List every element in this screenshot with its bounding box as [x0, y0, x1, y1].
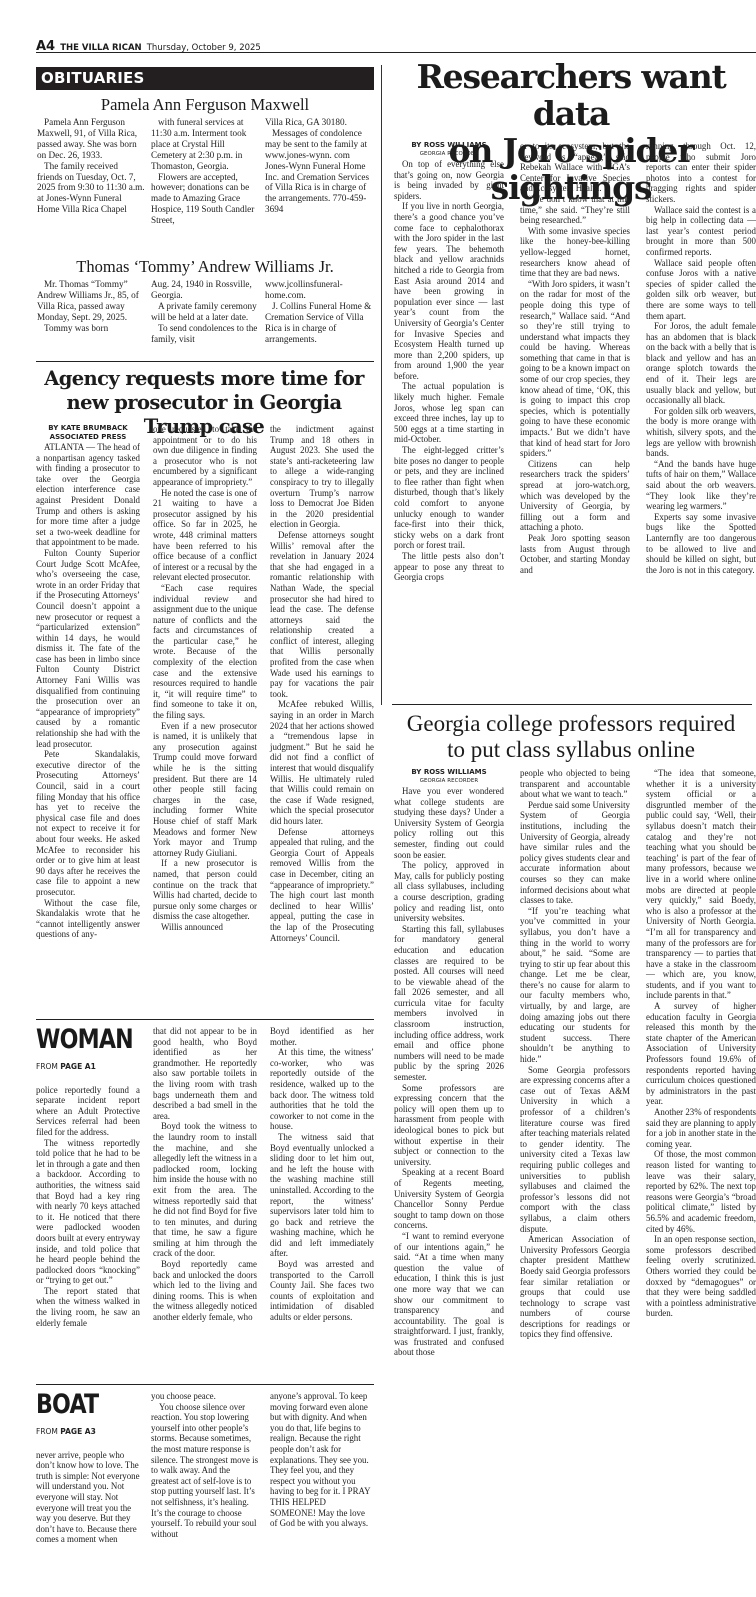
column-divider: [381, 65, 382, 705]
paragraph: Experts say some invasive bugs like the …: [646, 512, 756, 576]
obituary-body: Pamela Ann Ferguson Maxwell, 91, of Vill…: [37, 117, 373, 226]
paragraph: Some professors are expressing concern t…: [394, 1083, 504, 1168]
paragraph: Speaking at a recent Board of Regents me…: [394, 1167, 504, 1231]
paragraph: Boyd took the witness to the laundry roo…: [153, 1121, 257, 1259]
paragraph: A private family ceremony will be held a…: [151, 301, 259, 323]
paragraph: Starting this fall, syllabuses for manda…: [394, 924, 504, 1083]
paragraph: Wallace said the contest is a big help i…: [646, 205, 756, 258]
article-column: one requested to take the appointment or…: [153, 424, 257, 943]
paragraph: “If you’re teaching what you’ve committe…: [520, 906, 630, 1065]
paragraph: The report stated that when the witness …: [36, 1286, 140, 1328]
paragraph: the indictment against Trump and 18 othe…: [270, 424, 374, 530]
paragraph: “We don’t know that at this time,” she s…: [520, 194, 630, 226]
paragraph: www.jcollinsfuneral-home.com.: [265, 279, 373, 301]
paragraph: McAfee rebuked Willis, saying in an orde…: [270, 699, 374, 826]
paragraph: Tommy was born: [37, 323, 145, 334]
jump-story-title: BOAT: [36, 1391, 121, 1419]
article-column: anyone’s approval. To keep moving forwar…: [270, 1391, 374, 1545]
paragraph: Pete Skandalakis, executive director of …: [36, 749, 140, 897]
byline-org: ASSOCIATED PRESS: [36, 433, 140, 442]
byline: BY ROSS WILLIAMS GEORGIA RECORDER: [394, 141, 504, 158]
article-column: BOAT FROM PAGE A3 never arrive, people w…: [36, 1391, 140, 1545]
byline-author: BY ROSS WILLIAMS: [394, 768, 504, 777]
paragraph: Perdue said some University System of Ge…: [520, 800, 630, 906]
paragraph: people who objected to being transparent…: [520, 768, 630, 800]
paragraph: Willis announced: [153, 922, 257, 933]
paragraph: running through Oct. 12, people who subm…: [646, 141, 756, 205]
jump-from-line: FROM PAGE A1: [36, 1062, 140, 1073]
paragraph: A survey of higher education faculty in …: [646, 1001, 756, 1107]
article-headline: Georgia college professors required to p…: [386, 711, 756, 763]
article-column: the indictment against Trump and 18 othe…: [270, 424, 374, 943]
paragraph: Peak Joro spotting season lasts from Aug…: [520, 533, 630, 575]
byline-org: GEORGIA RECORDER: [394, 150, 504, 159]
paragraph: never arrive, people who don’t know how …: [36, 1450, 140, 1545]
from-page-link[interactable]: PAGE A3: [60, 1427, 96, 1436]
obituary-column: Aug. 24, 1940 in Rossville, Georgia. A p…: [151, 279, 259, 344]
paragraph: The policy, approved in May, calls for p…: [394, 860, 504, 924]
obituary-body: Mr. Thomas “Tommy” Andrew Williams Jr., …: [37, 279, 373, 344]
article-column: that did not appear to be in good health…: [153, 1026, 257, 1328]
article-column: or to its ecosystem, but the keyword is …: [520, 141, 630, 583]
article-column: BY KATE BRUMBACK ASSOCIATED PRESS ATLANT…: [36, 424, 140, 943]
article-column: you choose peace. You choose silence ove…: [151, 1391, 259, 1545]
jump-story-title: WOMAN: [36, 1026, 121, 1054]
paragraph: The witness reportedly told police that …: [36, 1138, 140, 1286]
paragraph: Villa Rica, GA 30180.: [265, 117, 373, 128]
divider: [392, 704, 752, 705]
paragraph: you choose peace.: [151, 1391, 259, 1402]
boat-jump-story: BOAT FROM PAGE A3 never arrive, people w…: [36, 1391, 374, 1545]
paragraph: Flowers are accepted, however; donations…: [151, 172, 259, 227]
paragraph: For golden silk orb weavers, the body is…: [646, 406, 756, 459]
obituary-column: Pamela Ann Ferguson Maxwell, 91, of Vill…: [37, 117, 145, 226]
paragraph: Wallace said people often confuse Joros …: [646, 258, 756, 322]
byline-author: BY ROSS WILLIAMS: [394, 141, 504, 150]
paragraph: He noted the case is one of 21 waiting t…: [153, 488, 257, 583]
byline: BY KATE BRUMBACK ASSOCIATED PRESS: [36, 424, 140, 441]
paragraph: Boyd was arrested and transported to the…: [270, 1259, 374, 1323]
from-label: FROM: [36, 1427, 58, 1436]
paragraph: The little pests also don’t appear to po…: [394, 551, 504, 583]
paragraph: Boyd identified as her mother.: [270, 1026, 374, 1047]
article-column: BY ROSS WILLIAMS GEORGIA RECORDER Have y…: [394, 768, 504, 1358]
byline-author: BY KATE BRUMBACK: [36, 424, 140, 433]
paragraph: Some Georgia professors are expressing c…: [520, 1065, 630, 1235]
paragraph: The eight-legged critter’s bite poses no…: [394, 445, 504, 551]
article-body: BY ROSS WILLIAMS GEORGIA RECORDER Have y…: [394, 768, 756, 1358]
paragraph: The actual population is likely much hig…: [394, 381, 504, 445]
article-column: people who objected to being transparent…: [520, 768, 630, 1358]
paragraph: Have you ever wondered what college stud…: [394, 786, 504, 860]
paragraph: With some invasive species like the hone…: [520, 226, 630, 279]
paragraph: The witness said that Boyd eventually un…: [270, 1132, 374, 1259]
paragraph: Defense attorneys sought Willis’ removal…: [270, 530, 374, 700]
divider: [36, 361, 374, 362]
paragraph: police reportedly found a separate incid…: [36, 1085, 140, 1138]
from-page-link[interactable]: PAGE A1: [60, 1062, 96, 1071]
paragraph: In an open response section, some profes…: [646, 1234, 756, 1319]
article-column: “The idea that someone, whether it is a …: [646, 768, 756, 1358]
paragraph: “Each case requires individual review an…: [153, 583, 257, 721]
paragraph: “The idea that someone, whether it is a …: [646, 768, 756, 1001]
headline-line: Researchers want data: [386, 58, 756, 132]
article-column: running through Oct. 12, people who subm…: [646, 141, 756, 583]
paragraph: Of those, the most common reason listed …: [646, 1149, 756, 1234]
paragraph: “And the bands have huge tufts of hair o…: [646, 459, 756, 512]
divider: [36, 1384, 374, 1385]
paragraph: You choose silence over reaction. You st…: [151, 1402, 259, 1540]
headline-line: to put class syllabus online: [386, 737, 756, 763]
paragraph: “With Joro spiders, it wasn’t on the rad…: [520, 279, 630, 459]
paragraph: or to its ecosystem, but the keyword is …: [520, 141, 630, 194]
paragraph: For Joros, the adult female has an abdom…: [646, 321, 756, 406]
paragraph: ATLANTA — The head of a nonpartisan agen…: [36, 442, 140, 548]
paragraph: Messages of condolence may be sent to th…: [265, 128, 373, 215]
obituary-name: Pamela Ann Ferguson Maxwell: [36, 95, 374, 115]
divider: [36, 1019, 374, 1020]
obituary-column: www.jcollinsfuneral-home.com. J. Collins…: [265, 279, 373, 344]
byline-org: GEORGIA RECORDER: [394, 777, 504, 786]
paragraph: “I want to remind everyone of our intent…: [394, 1231, 504, 1358]
article-body: BY ROSS WILLIAMS GEORGIA RECORDER On top…: [394, 141, 756, 583]
paragraph: Pamela Ann Ferguson Maxwell, 91, of Vill…: [37, 117, 145, 161]
paragraph: with funeral services at 11:30 a.m. Inte…: [151, 117, 259, 172]
paragraph: Mr. Thomas “Tommy” Andrew Williams Jr., …: [37, 279, 145, 323]
article-column: Boyd identified as her mother. At this t…: [270, 1026, 374, 1328]
paragraph: Even if a new prosecutor is named, it is…: [153, 721, 257, 859]
paragraph: Without the case file, Skandalakis wrote…: [36, 898, 140, 940]
obituary-column: with funeral services at 11:30 a.m. Inte…: [151, 117, 259, 226]
paragraph: American Association of University Profe…: [520, 1234, 630, 1340]
paragraph: Citizens can help researchers track the …: [520, 459, 630, 533]
article-column: BY ROSS WILLIAMS GEORGIA RECORDER On top…: [394, 141, 504, 583]
paragraph: The family received friends on Tuesday, …: [37, 161, 145, 216]
paragraph: Defense attorneys appealed that ruling, …: [270, 827, 374, 944]
paragraph: one requested to take the appointment or…: [153, 424, 257, 488]
paragraph: To send condolences to the family, visit: [151, 323, 259, 345]
from-label: FROM: [36, 1062, 58, 1071]
headline-line: Georgia college professors required: [386, 711, 756, 737]
obituaries-section-label: OBITUARIES: [36, 67, 374, 90]
paragraph: Another 23% of respondents said they are…: [646, 1107, 756, 1149]
paragraph: If you live in north Georgia, there’s a …: [394, 201, 504, 381]
newspaper-name: THE VILLA RICAN: [60, 43, 141, 53]
obituary-column: Villa Rica, GA 30180. Messages of condol…: [265, 117, 373, 226]
paragraph: that did not appear to be in good health…: [153, 1026, 257, 1121]
paragraph: Boyd reportedly came back and unlocked t…: [153, 1259, 257, 1323]
article-column: WOMAN FROM PAGE A1 police reportedly fou…: [36, 1026, 140, 1328]
page-masthead: A4 THE VILLA RICAN Thursday, October 9, …: [36, 35, 756, 53]
paragraph: anyone’s approval. To keep moving forwar…: [270, 1391, 374, 1529]
paragraph: At this time, the witness’ co-worker, wh…: [270, 1047, 374, 1132]
paragraph: J. Collins Funeral Home & Cremation Serv…: [265, 301, 373, 345]
paragraph: Fulton County Superior Court Judge Scott…: [36, 548, 140, 749]
page-number: A4: [36, 39, 55, 54]
woman-jump-story: WOMAN FROM PAGE A1 police reportedly fou…: [36, 1026, 374, 1328]
paragraph: Aug. 24, 1940 in Rossville, Georgia.: [151, 279, 259, 301]
byline: BY ROSS WILLIAMS GEORGIA RECORDER: [394, 768, 504, 785]
paragraph: If a new prosecutor is named, that perso…: [153, 858, 257, 922]
article-body: BY KATE BRUMBACK ASSOCIATED PRESS ATLANT…: [36, 424, 374, 943]
issue-date: Thursday, October 9, 2025: [147, 43, 261, 53]
obituary-column: Mr. Thomas “Tommy” Andrew Williams Jr., …: [37, 279, 145, 344]
obituary-name: Thomas ‘Tommy’ Andrew Williams Jr.: [36, 257, 374, 277]
paragraph: On top of everything else that’s going o…: [394, 159, 504, 201]
jump-from-line: FROM PAGE A3: [36, 1427, 140, 1438]
